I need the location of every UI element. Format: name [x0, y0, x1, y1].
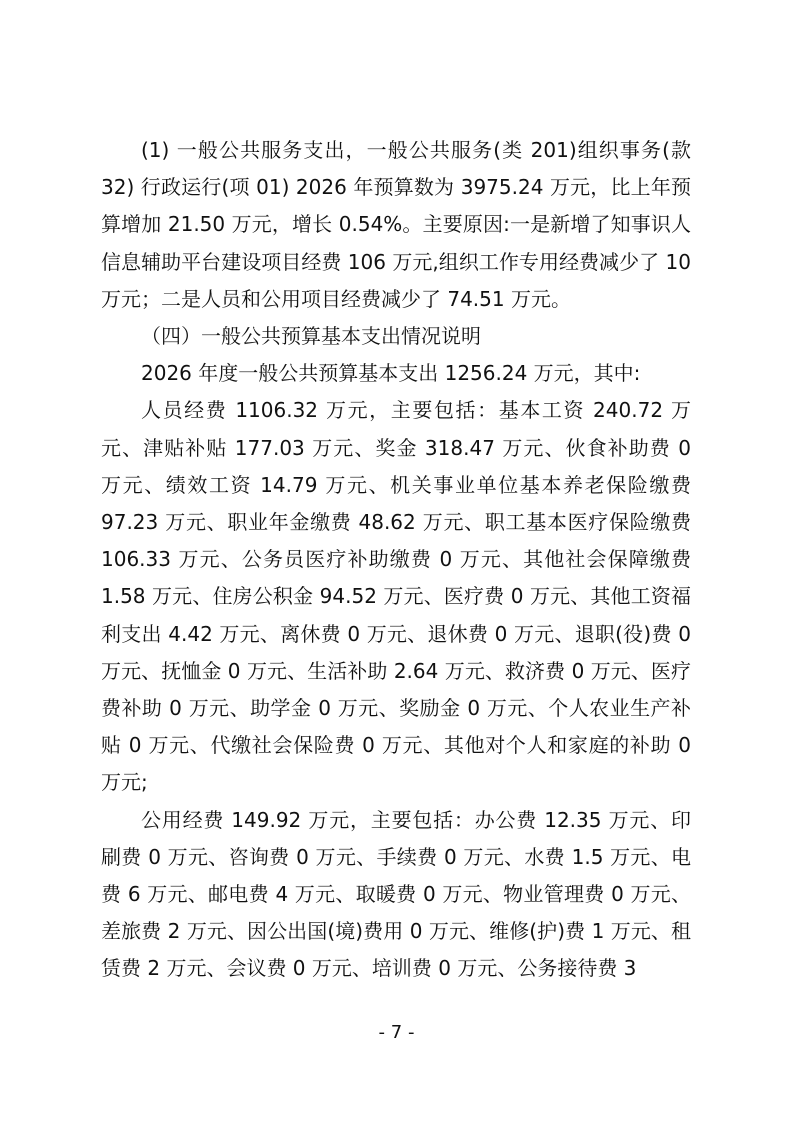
document-body: (1) 一般公共服务支出，一般公共服务(类 201)组织事务(款 32) 行政运… [101, 132, 691, 988]
paragraph-personnel-expenses: 人员经费 1106.32 万元，主要包括：基本工资 240.72 万元、津贴补贴… [101, 392, 691, 801]
paragraph-basic-expenditure-total: 2026 年度一般公共预算基本支出 1256.24 万元，其中: [101, 355, 691, 392]
paragraph-public-expenses: 公用经费 149.92 万元，主要包括：办公费 12.35 万元、印刷费 0 万… [101, 802, 691, 988]
paragraph-general-public-service: (1) 一般公共服务支出，一般公共服务(类 201)组织事务(款 32) 行政运… [101, 132, 691, 318]
section-heading-basic-expenditure: （四）一般公共预算基本支出情况说明 [101, 318, 691, 355]
page-number: - 7 - [0, 1022, 793, 1043]
